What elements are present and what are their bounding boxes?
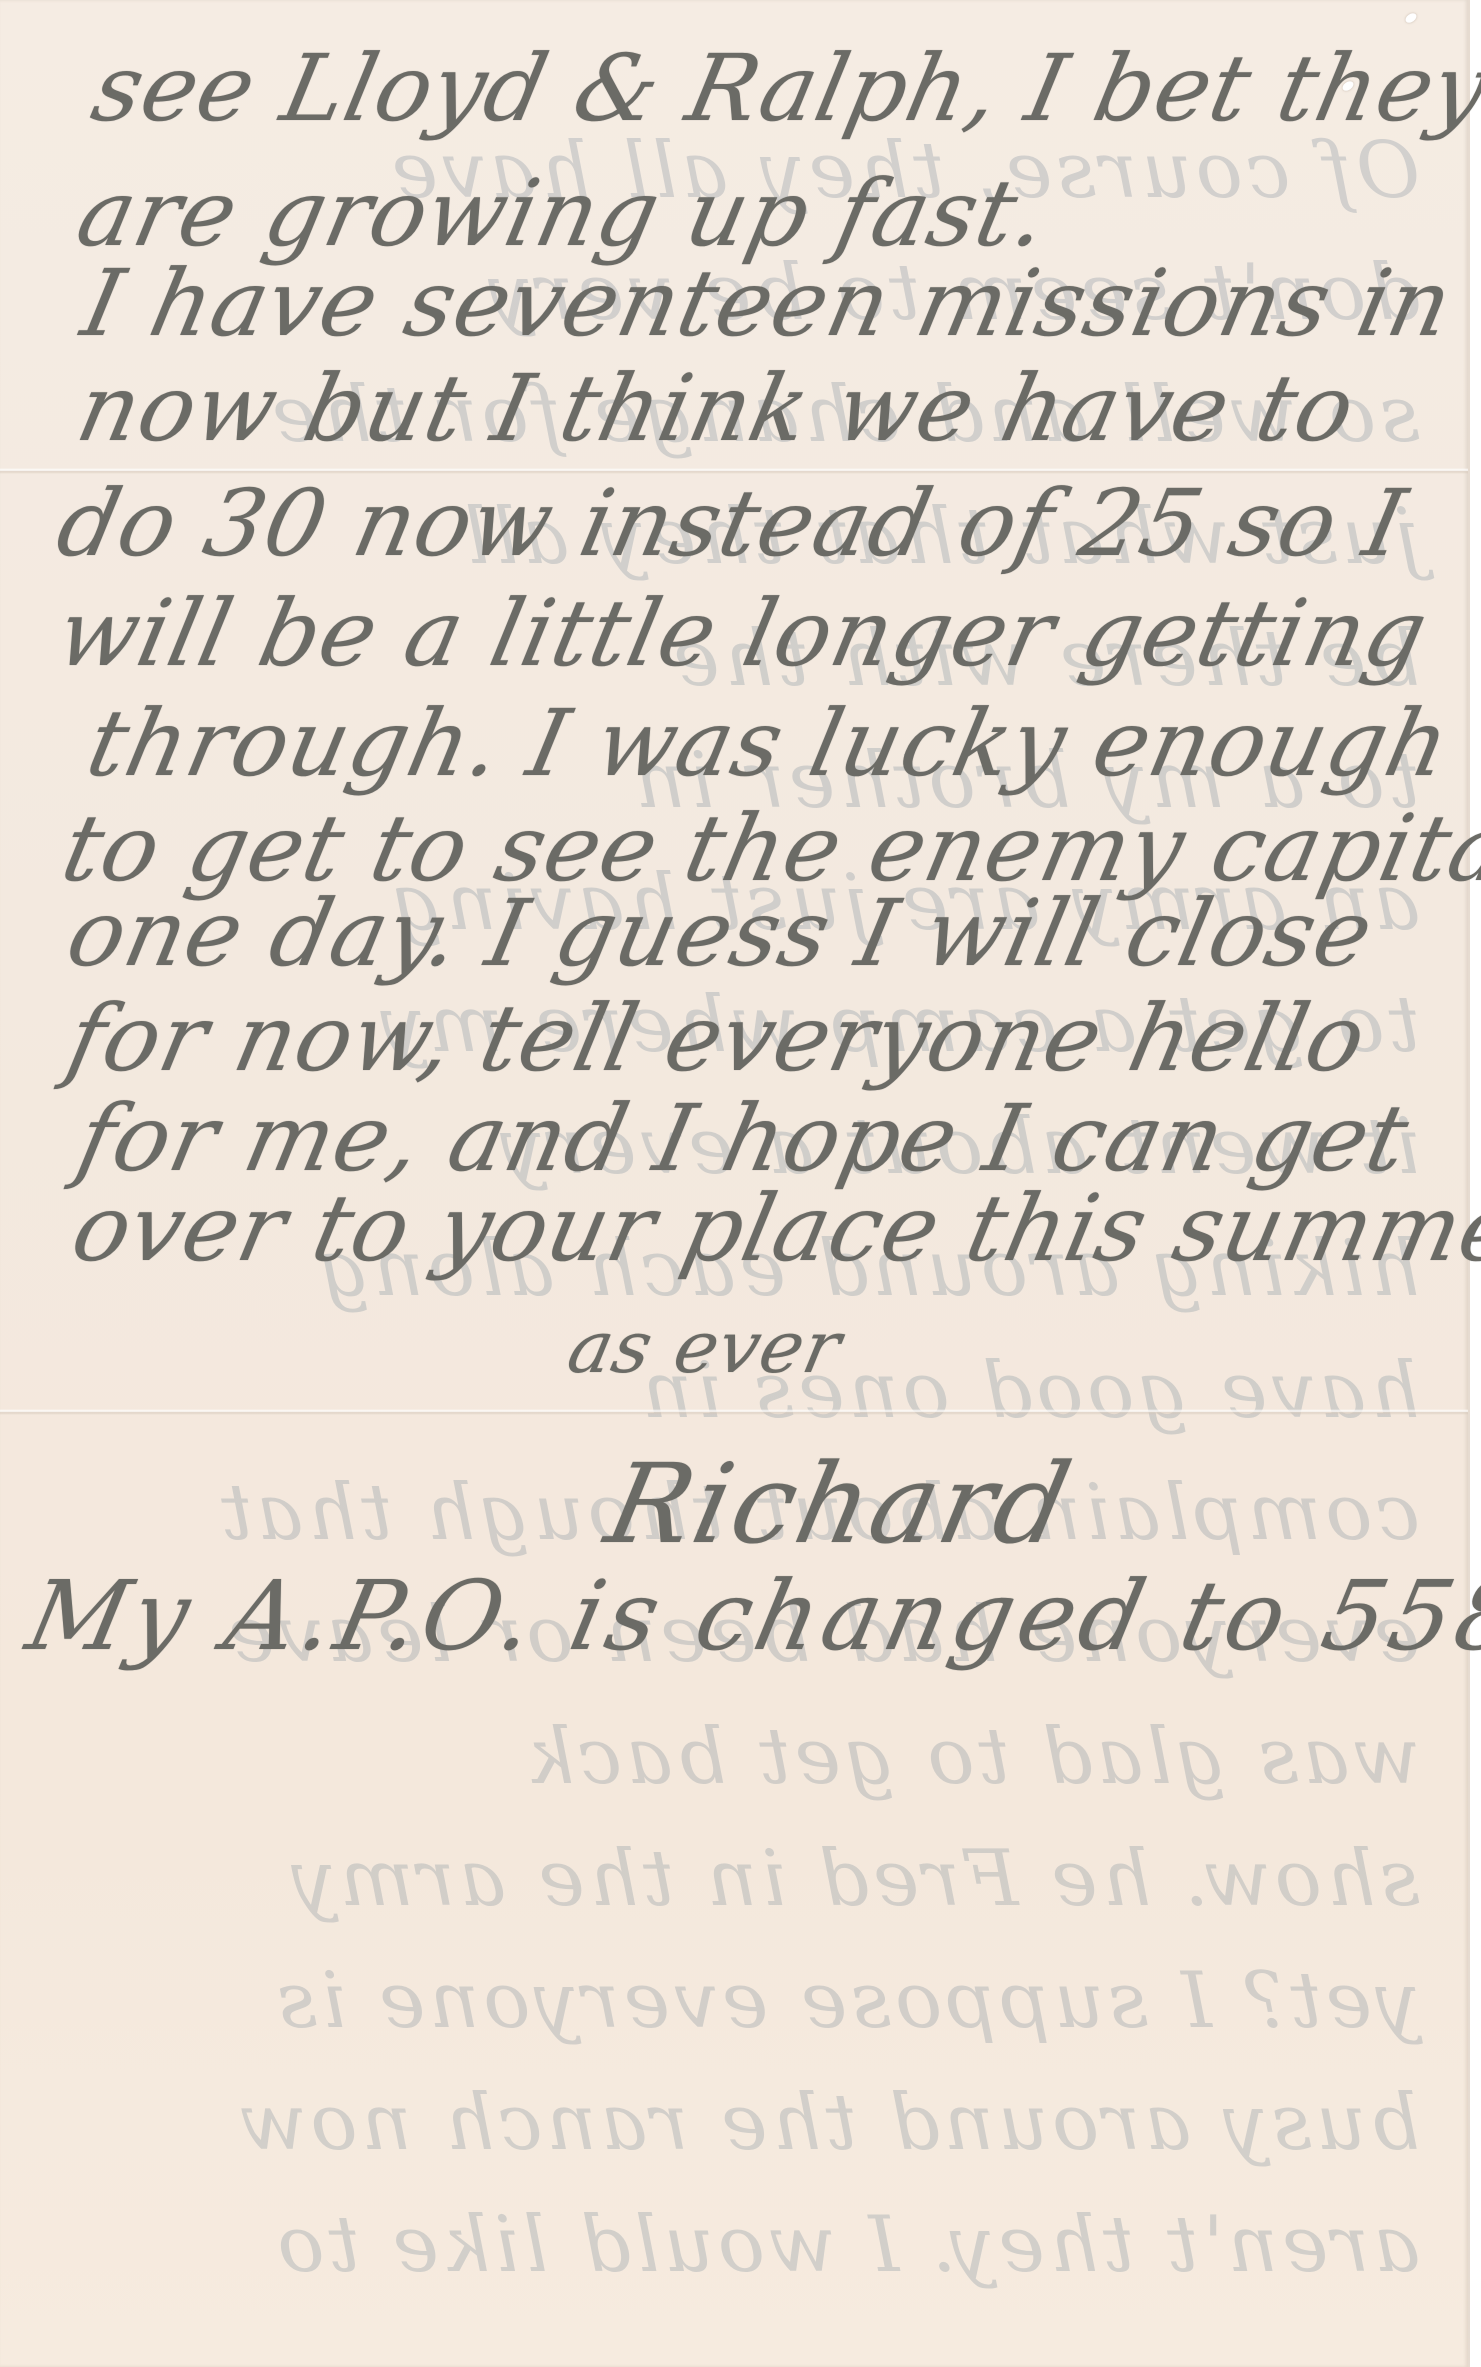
letter-line: one day. I guess I will close [59, 880, 1383, 987]
letter-paper: Of course, they all have don't seem to b… [0, 0, 1468, 2367]
bleed-line: busy around the ranch now [60, 2062, 1420, 2184]
letter-line: over to your place this summer. [64, 1175, 1481, 1282]
letter-postscript: My A.P.O. is changed to 558 [18, 1560, 1481, 1672]
letter-line: do 30 now instead of 25 so I [49, 470, 1416, 577]
bleed-line: show. he Fred in the army [60, 1818, 1420, 1940]
bleed-line: was glad to get back [60, 1696, 1420, 1818]
fold-crease [0, 1409, 1468, 1415]
bleed-line: aren't they. I would like to [60, 2184, 1420, 2306]
letter-line: will be a little longer getting [49, 580, 1437, 687]
letter-line: for now, tell everyone hello [59, 985, 1376, 1092]
letter-line: I have seventeen missions in [74, 250, 1462, 357]
letter-signature: Richard [596, 1440, 1083, 1568]
letter-line: see Lloyd & Ralph, I bet they [84, 35, 1481, 142]
letter-closing: as ever [561, 1305, 849, 1389]
bleed-line: yet? I suppose everyone is [60, 1940, 1420, 2062]
letter-line: now but I think we have to [69, 355, 1365, 462]
letter-line: through. I was lucky enough [79, 690, 1460, 797]
